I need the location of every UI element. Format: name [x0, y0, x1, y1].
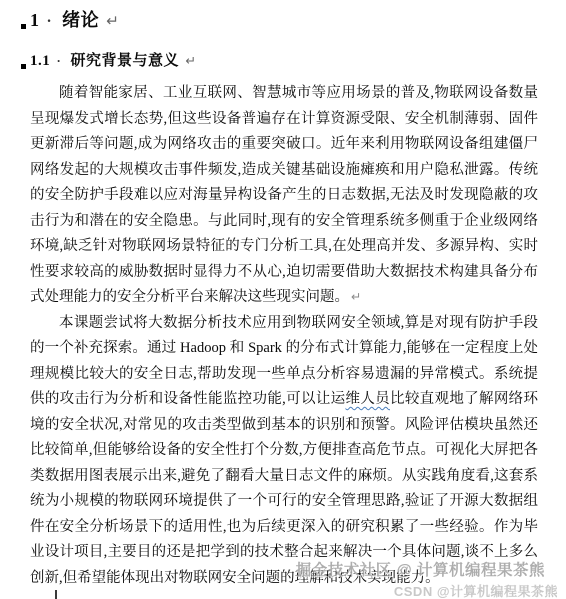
document-page: 1 · 绪论 ↵ 1.1 · 研究背景与意义 ↵ 随着智能家居、工业互联网、智慧…	[0, 0, 566, 599]
space-format-mark-icon: ·	[57, 54, 62, 68]
paragraph-mark-icon: ↵	[185, 54, 196, 69]
paragraph-mark-icon: ↵	[351, 290, 361, 304]
heading-number: 1.1	[30, 53, 50, 69]
text-cursor	[55, 590, 57, 599]
watermark-csdn-author: CSDN @计算机编程果茶熊	[394, 581, 558, 599]
heading-style-square-icon	[21, 24, 26, 29]
heading-style-square-icon	[21, 64, 26, 69]
heading-title: 研究背景与意义	[71, 53, 180, 69]
space-format-mark-icon: ·	[47, 13, 53, 30]
paragraph-contribution[interactable]: 本课题尝试将大数据分析技术应用到物联网安全领域,算是对现有防护手段的一个补充探索…	[30, 311, 538, 592]
spellcheck-underlined-text: 维人员	[345, 391, 390, 407]
body-text-area[interactable]: 随着智能家居、工业互联网、智慧城市等应用场景的普及,物联网设备数量呈现爆发式增长…	[30, 81, 538, 591]
paragraph-mark-icon: ↵	[106, 12, 119, 30]
paragraph-background[interactable]: 随着智能家居、工业互联网、智慧城市等应用场景的普及,物联网设备数量呈现爆发式增长…	[30, 81, 538, 311]
heading-chapter-1[interactable]: 1 · 绪论 ↵	[30, 7, 538, 35]
heading-number: 1	[30, 10, 40, 30]
heading-section-1-1[interactable]: 1.1 · 研究背景与意义 ↵	[30, 51, 538, 72]
watermark-juejin-author: 掘金技术社区 @ 计算机编程果茶熊	[296, 558, 545, 580]
paragraph-text: 随着智能家居、工业互联网、智慧城市等应用场景的普及,物联网设备数量呈现爆发式增长…	[30, 85, 538, 305]
heading-title: 绪论	[62, 10, 99, 30]
paragraph-text-post: 比较直观地了解网络环境的安全状况,对常见的攻击类型做到基本的识别和预警。风险评估…	[30, 391, 538, 586]
